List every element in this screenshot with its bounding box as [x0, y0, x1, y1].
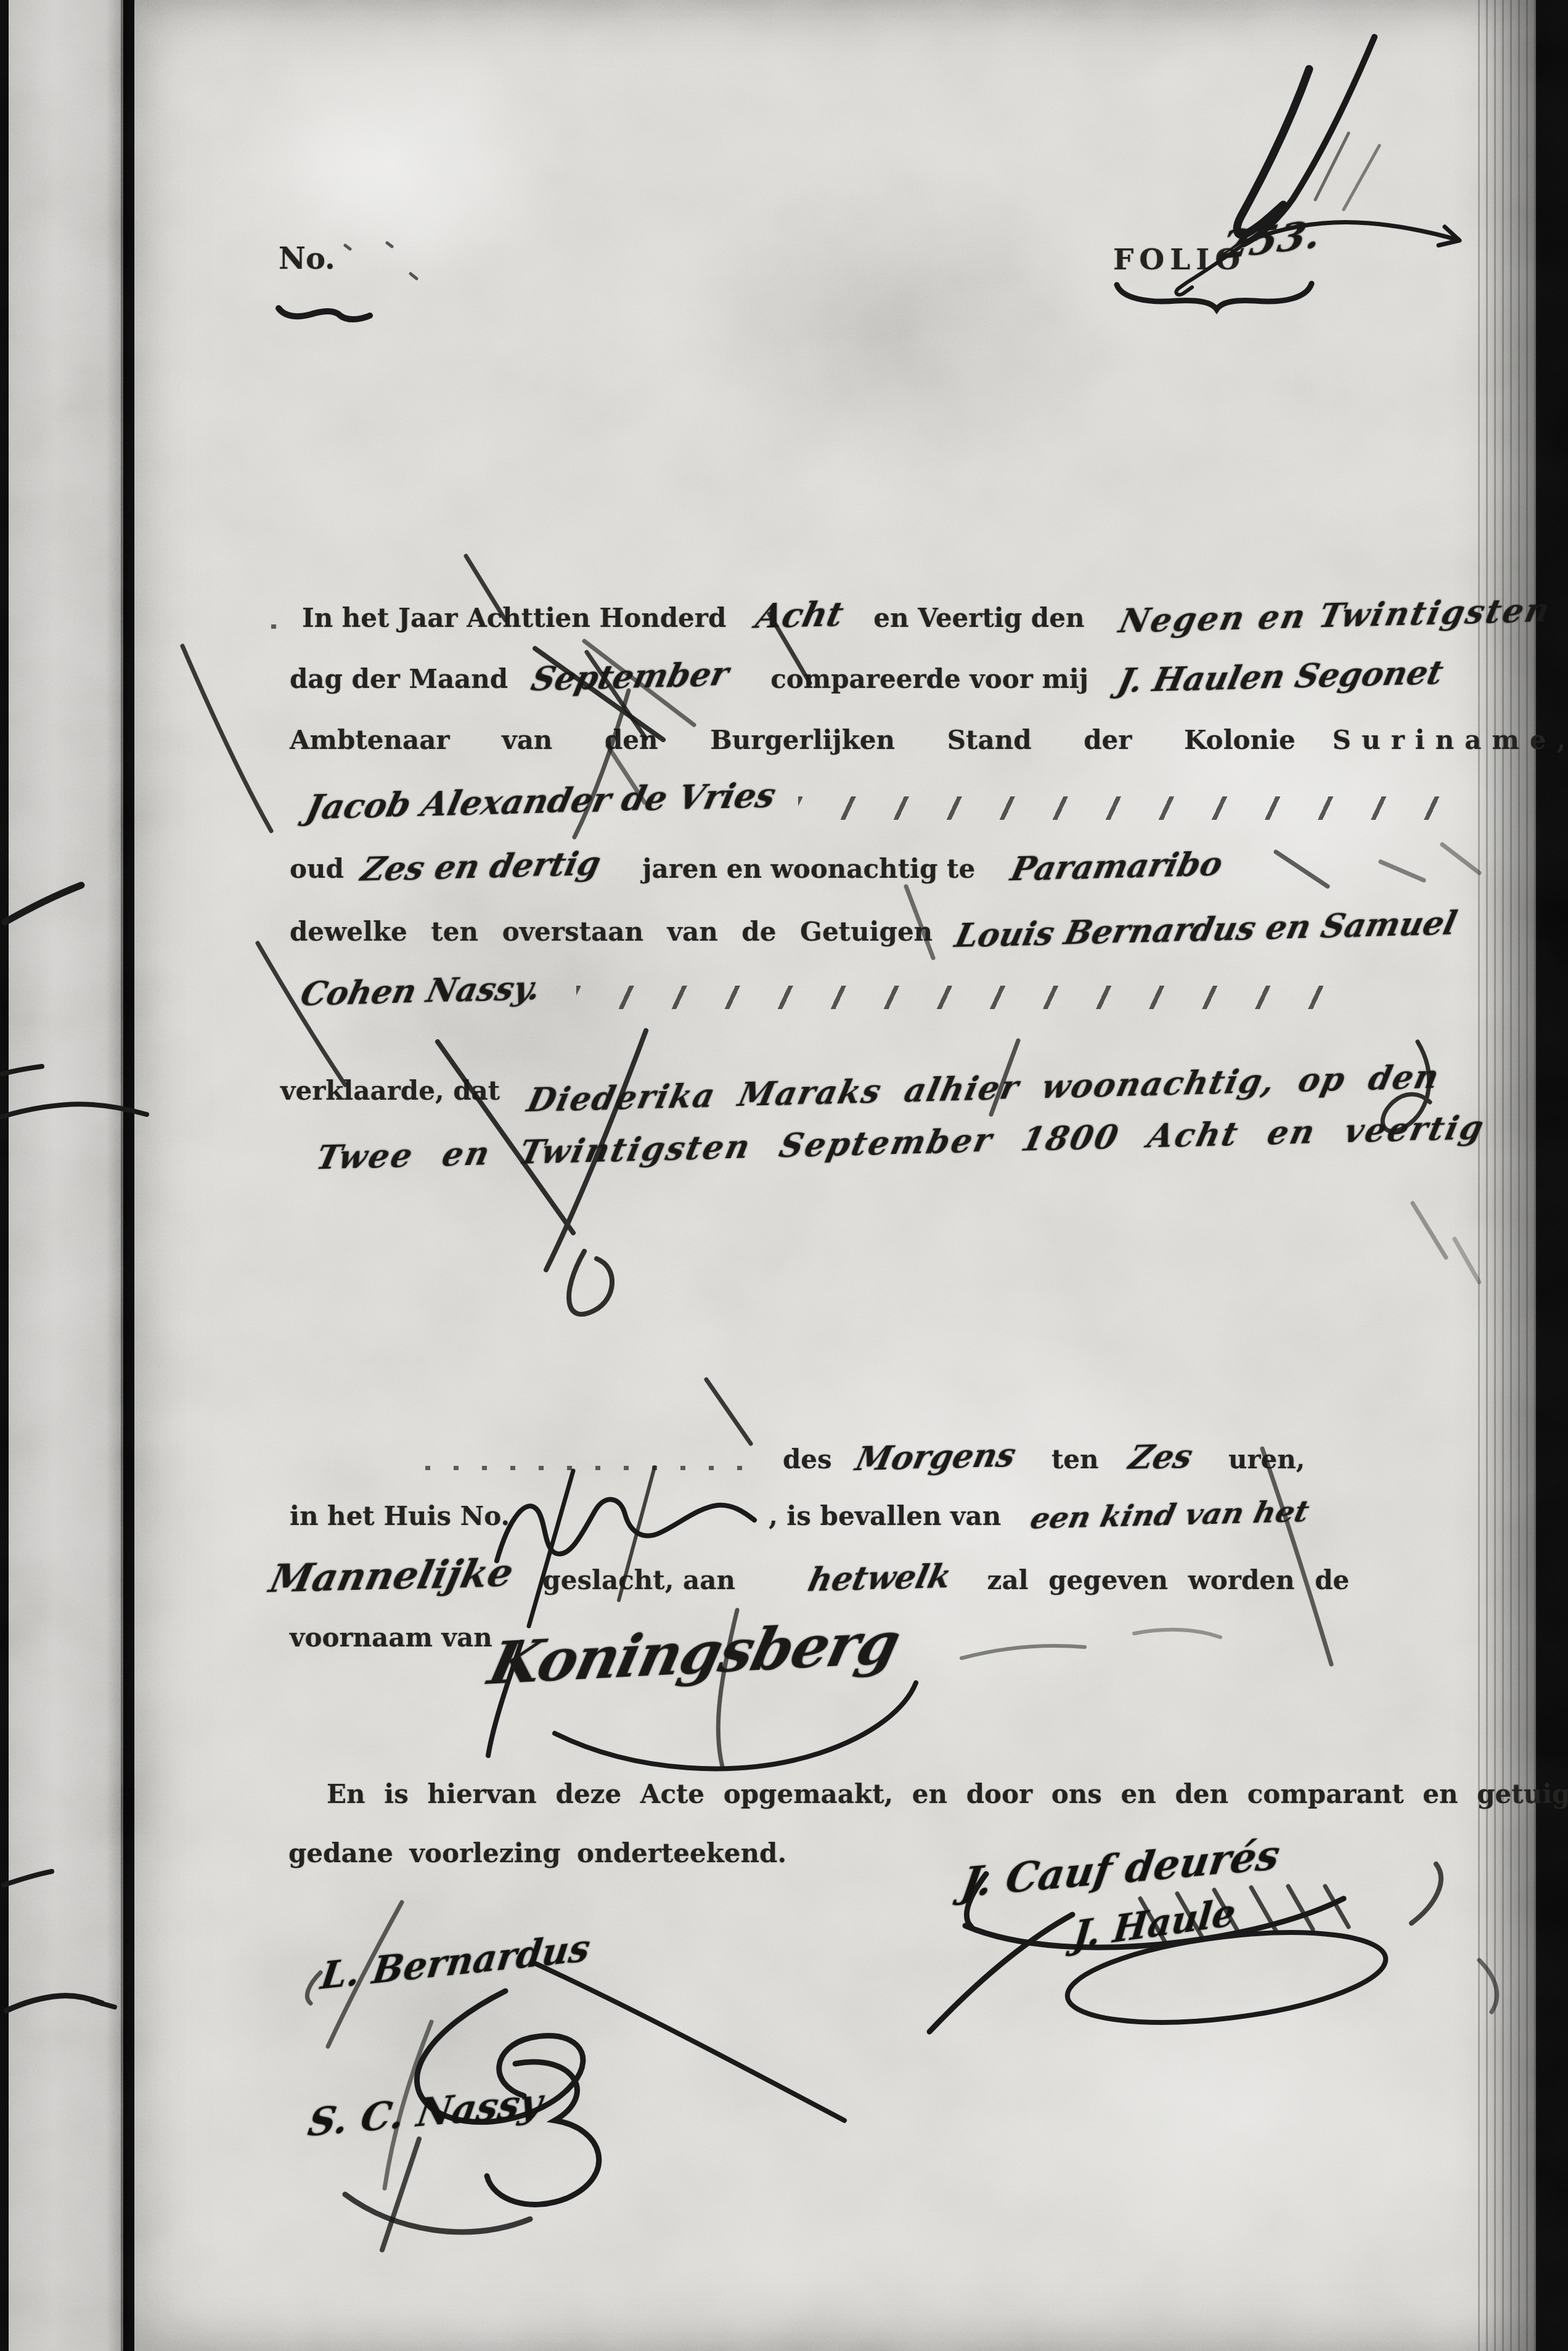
scanned-birth-act-photo: No. FOLIO 253. In het Jaar Achttien Hond…: [0, 0, 1568, 2351]
printed-text: dag der Maand: [290, 664, 508, 694]
act-line-child-name: Koningsberg: [493, 1620, 895, 1688]
handwritten-sex: Mannelijke: [266, 1550, 518, 1601]
printed-text: In het Jaar Achttien Honderd: [302, 603, 726, 633]
handwritten-child-phrase: een kind van het: [1027, 1494, 1313, 1536]
printed-text: geslacht, aan: [542, 1565, 735, 1595]
printed-text: zal gegeven worden de: [987, 1565, 1350, 1595]
handwritten-hour: Zes: [1125, 1438, 1196, 1478]
act-line-year-day: In het Jaar Achttien Honderd Acht en Vee…: [271, 595, 1550, 635]
act-line-declaration: verklaarde, dat Diederika Maraks alhier …: [280, 1070, 1437, 1108]
printed-text: des: [783, 1444, 832, 1474]
act-line-witnesses: dewelke ten overstaan van de Getuigen Lo…: [290, 911, 1455, 949]
printed-text: en Veertig den: [873, 603, 1084, 633]
printed-text: dewelke ten overstaan van de Getuigen: [290, 917, 933, 947]
printed-text: ten: [1051, 1444, 1099, 1474]
act-line-time: des Morgens ten Zes uren,: [425, 1439, 1305, 1476]
printed-text: uren,: [1228, 1444, 1305, 1474]
page-right-edge-streaks: [1478, 0, 1536, 2351]
act-line-witnesses-2: Cohen Nassy.: [302, 973, 1353, 1010]
printed-text: verklaarde, dat: [280, 1076, 500, 1106]
act-line-closing-1: En is hiervan deze Acte opgemaakt, en do…: [327, 1779, 1568, 1809]
printed-colony-name: Suriname,: [1333, 725, 1568, 755]
printed-text: , is bevallen van: [769, 1501, 1001, 1531]
handwritten-residence: Paramaribo: [1007, 846, 1226, 889]
printed-text: Ambtenaar van den Burgerlijken Stand der…: [290, 725, 1296, 755]
handwritten-time-period: Morgens: [852, 1437, 1019, 1479]
handwritten-witness-names: Louis Bernardus en Samuel: [952, 904, 1461, 955]
handwritten-official-name: J. Haulen Segonet: [1114, 654, 1447, 700]
handwritten-witness-names: Cohen Nassy.: [297, 970, 544, 1013]
act-line-age-residence: oud Zes en dertig jaren en woonachtig te…: [290, 848, 1222, 886]
handwritten-age: Zes en dertig: [357, 845, 604, 889]
act-line-declarant: Jacob Alexander de Vries: [308, 782, 1439, 821]
adjacent-page-edge: [9, 0, 123, 2351]
act-line-closing-2: gedane voorlezing onderteekend.: [288, 1838, 786, 1868]
dotted-fill-line: [425, 1466, 758, 1470]
handwritten-child-firstname: Koningsberg: [483, 1609, 906, 1698]
printed-text: voornaam van: [290, 1622, 492, 1653]
handwritten-hetwelk: hetwelk: [804, 1558, 955, 1599]
printed-text: gedane voorlezing onderteekend.: [288, 1838, 786, 1868]
act-line-birthdate: Twee en Twintigsten September 1800 Acht …: [321, 1124, 1480, 1162]
printed-text: oud: [290, 854, 344, 884]
act-line-firstname-label: voornaam van: [290, 1622, 492, 1653]
act-line-ambtenaar: Ambtenaar van den Burgerlijken Stand der…: [290, 725, 1568, 755]
dotted-lead: [271, 624, 290, 629]
act-line-house-birth: in het Huis No. , is bevallen van een ki…: [290, 1498, 1308, 1532]
act-line-month-official: dag der Maand September compareerde voor…: [290, 658, 1442, 696]
printed-text: in het Huis No.: [290, 1501, 510, 1531]
printed-text: compareerde voor mij: [770, 664, 1088, 694]
handwritten-day: Negen en Twintigsten: [1116, 592, 1554, 640]
no-label: No.: [279, 242, 335, 276]
printed-text: En is hiervan deze Acte opgemaakt, en do…: [327, 1779, 1568, 1809]
handwritten-year: Acht: [753, 594, 847, 636]
handwritten-declarant-name: Jacob Alexander de Vries: [303, 775, 780, 827]
handwritten-month: September: [528, 656, 732, 698]
folio-number: 253.: [1218, 211, 1324, 269]
printed-text: jaren en woonachtig te: [642, 854, 975, 884]
scrawl-fill-line: [576, 986, 1353, 1009]
scrawl-fill-line: [798, 796, 1439, 820]
act-line-sex: Mannelijke geslacht, aan hetwelk zal geg…: [271, 1553, 1349, 1598]
